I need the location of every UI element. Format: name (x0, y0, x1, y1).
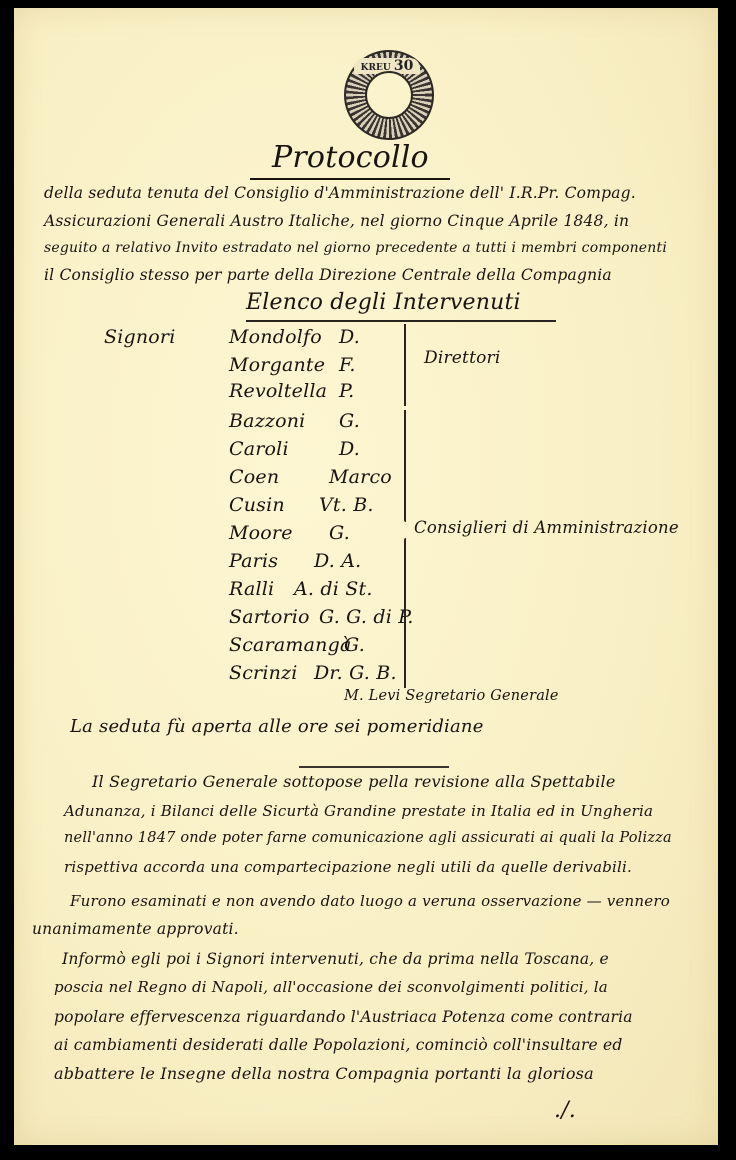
section-divider (299, 766, 449, 768)
signori-label: Signori (104, 326, 176, 348)
body-line: popolare effervescenza riguardando l'Aus… (54, 1008, 633, 1026)
attendee-initials: G. (339, 410, 360, 432)
body-line: Il Segretario Generale sottopose pella r… (92, 772, 616, 791)
attendee-initials: Dr. G. B. (314, 662, 397, 684)
intro-line: il Consiglio stesso per parte della Dire… (44, 266, 612, 284)
intro-line: Assicurazioni Generali Austro Italiche, … (44, 212, 629, 230)
body-line: rispettiva accorda una compartecipazione… (64, 858, 632, 876)
body-line: Informò egli poi i Signori intervenuti, … (62, 950, 609, 968)
attendee-name: Bazzoni (229, 410, 305, 432)
intro-line: della seduta tenuta del Consiglio d'Ammi… (44, 184, 636, 202)
attendee-name: Coen (229, 466, 279, 488)
attendee-name: Ralli (229, 578, 274, 600)
body-line: poscia nel Regno di Napoli, all'occasion… (54, 978, 608, 996)
attendee-name: Moore (229, 522, 293, 544)
intro-line: seguito a relativo Invito estradato nel … (44, 240, 667, 256)
attendee-initials: D. A. (314, 550, 361, 572)
attendee-name: Scaramangà (229, 634, 351, 656)
body-line: Furono esaminati e non avendo dato luogo… (70, 892, 670, 910)
attendee-initials: G. (344, 634, 365, 656)
directors-label: Direttori (424, 348, 501, 368)
attendee-name: Caroli (229, 438, 289, 460)
councillors-bracket-lower (404, 538, 406, 688)
attendee-initials: A. di St. (294, 578, 373, 600)
councillors-label: Consiglieri di Amministrazione (414, 518, 679, 537)
attendees-underline (246, 320, 556, 322)
continuation-mark: ./. (554, 1098, 576, 1123)
body-line: abbattere le Insegne della nostra Compag… (54, 1064, 594, 1083)
document-page: KREU 30 ZER Protocollo della seduta tenu… (14, 8, 718, 1145)
attendee-initials: Marco (329, 466, 392, 488)
attendee-initials: F. (339, 354, 356, 376)
body-line: Adunanza, i Bilanci delle Sicurtà Grandi… (64, 802, 653, 820)
body-line: ai cambiamenti desiderati dalle Popolazi… (54, 1036, 623, 1054)
attendee-initials: D. (339, 326, 360, 348)
attendee-initials: D. (339, 438, 360, 460)
attendee-name: Scrinzi (229, 662, 298, 684)
attendee-initials: G. (329, 522, 350, 544)
attendees-title: Elenco degli Intervenuti (246, 290, 521, 315)
directors-bracket (404, 324, 406, 406)
body-line: nell'anno 1847 onde poter farne comunica… (64, 830, 672, 846)
document-title: Protocollo (272, 140, 429, 175)
attendee-name: Revoltella (229, 380, 327, 402)
stamp-center (365, 71, 413, 119)
title-underline (250, 178, 450, 180)
attendee-initials: Vt. B. (319, 494, 374, 516)
attendee-name: Sartorio (229, 606, 310, 628)
councillors-bracket-upper (404, 410, 406, 522)
revenue-stamp: KREU 30 ZER (344, 50, 434, 140)
attendee-initials: P. (339, 380, 354, 402)
attendee-name: Morgante (229, 354, 325, 376)
attendee-name: Cusin (229, 494, 285, 516)
attendee-initials: G. G. di P. (319, 606, 414, 628)
attendee-name: Paris (229, 550, 278, 572)
attendee-name: Mondolfo (229, 326, 322, 348)
body-line: unanimamente approvati. (32, 920, 239, 938)
opening-statement: La seduta fù aperta alle ore sei pomerid… (70, 716, 484, 737)
secretary-signature: M. Levi Segretario Generale (344, 688, 559, 704)
